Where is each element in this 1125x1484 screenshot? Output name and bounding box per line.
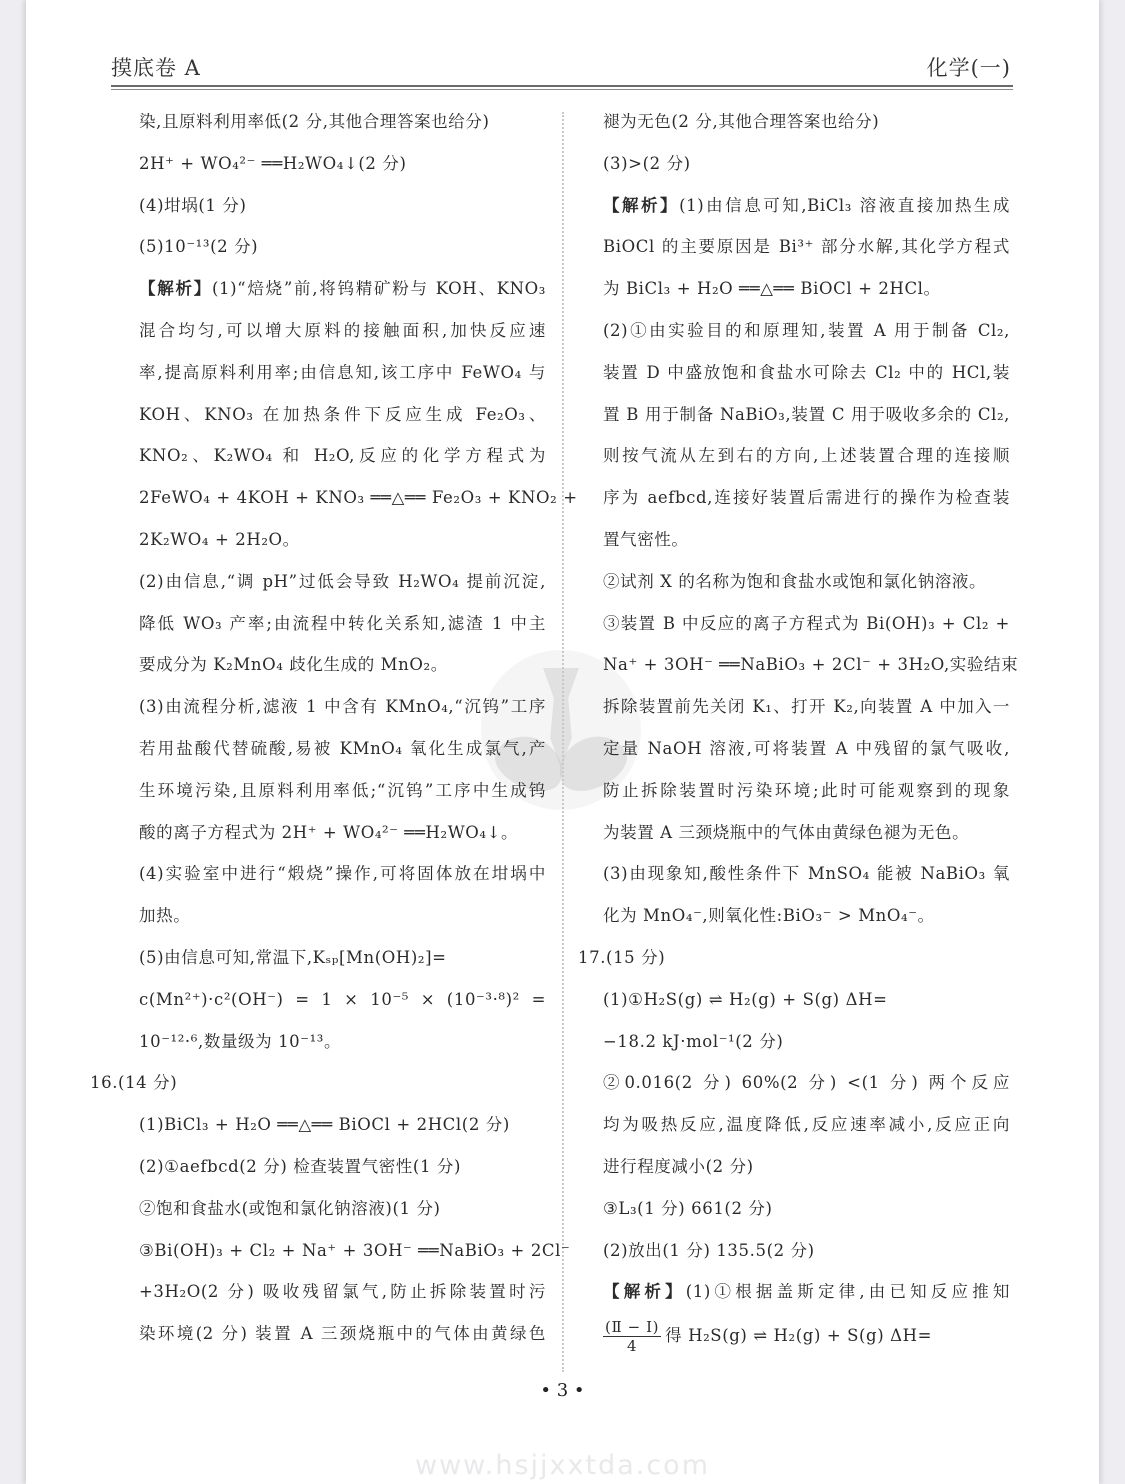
- answer-line: −18.2 kJ·mol⁻¹(2 分): [578, 1026, 1018, 1068]
- answer-line: ③L₃(1 分) 661(2 分): [578, 1193, 1018, 1235]
- question-16-heading: 16.(14 分): [90, 1067, 530, 1109]
- text-line: 装置 D 中盛放饱和食盐水可除去 Cl₂ 中的 HCl,装: [578, 357, 1010, 399]
- equation-line: 酸的离子方程式为 2H⁺ + WO₄²⁻ ══H₂WO₄↓。: [114, 817, 554, 859]
- header-exam-title: 摸底卷 A: [111, 52, 201, 82]
- equation-line: Na⁺ + 3OH⁻ ══NaBiO₃ + 2Cl⁻ + 3H₂O,实验结束: [578, 649, 1010, 691]
- question-17-heading: 17.(15 分): [578, 942, 1018, 984]
- answer-line: (2)①aefbcd(2 分) 检查装置气密性(1 分): [114, 1151, 554, 1193]
- analysis-line: 【解析】(1)由信息可知,BiCl₃ 溶液直接加热生成: [578, 190, 1010, 232]
- equation-text: 得 H₂S(g) ⇌ H₂(g) + S(g) ΔH=: [665, 1326, 932, 1345]
- answer-line: (1)BiCl₃ + H₂O ══△══ BiOCl + 2HCl(2 分): [114, 1109, 554, 1151]
- text-line: ②试剂 X 的名称为饱和食盐水或饱和氯化钠溶液。: [578, 566, 1018, 608]
- text-line: (2)①由实验目的和原理知,装置 A 用于制备 Cl₂,: [578, 315, 1010, 357]
- text-line: 化为 MnO₄⁻,则氧化性:BiO₃⁻ > MnO₄⁻。: [578, 900, 1018, 942]
- site-watermark: www.hsjjxxtda.com: [26, 1450, 1099, 1481]
- answer-line: 染环境(2 分) 装置 A 三颈烧瓶中的气体由黄绿色: [114, 1318, 546, 1360]
- text-line: 定量 NaOH 溶液,可将装置 A 中残留的氯气吸收,: [578, 733, 1010, 775]
- equation-line: (1)①H₂S(g) ⇌ H₂(g) + S(g) ΔH=: [578, 984, 1018, 1026]
- text-line: 序为 aefbcd,连接好装置后需进行的操作为检查装: [578, 482, 1010, 524]
- text-line: 褪为无色(2 分,其他合理答案也给分): [578, 106, 1018, 148]
- text-line: 置气密性。: [578, 524, 1018, 566]
- equation-line: 2H⁺ + WO₄²⁻ ══H₂WO₄↓(2 分): [114, 148, 554, 190]
- answer-line: ②饱和食盐水(或饱和氯化钠溶液)(1 分): [114, 1193, 554, 1235]
- text-line: 混合均匀,可以增大原料的接触面积,加快反应速: [114, 315, 546, 357]
- answer-line: (2)放出(1 分) 135.5(2 分): [578, 1235, 1018, 1277]
- analysis-line: 【解析】(1)“焙烧”前,将钨精矿粉与 KOH、KNO₃: [114, 273, 546, 315]
- analysis-line: 【解析】(1)①根据盖斯定律,由已知反应推知: [578, 1276, 1010, 1318]
- text-line: (3)由流程分析,滤液 1 中含有 KMnO₄,“沉钨”工序: [114, 691, 546, 733]
- fraction-numerator: (Ⅱ − Ⅰ): [603, 1318, 661, 1337]
- header-subject-title: 化学(一): [927, 52, 1011, 82]
- text-line: KOH、KNO₃ 在加热条件下反应生成 Fe₂O₃、: [114, 399, 546, 441]
- equation-line: 2K₂WO₄ + 2H₂O。: [114, 524, 554, 566]
- equation-line: c(Mn²⁺)·c²(OH⁻) = 1 × 10⁻⁵ × (10⁻³·⁸)² =: [114, 984, 546, 1026]
- equation-line: (Ⅱ − Ⅰ) 4 得 H₂S(g) ⇌ H₂(g) + S(g) ΔH=: [578, 1318, 1018, 1360]
- text-line: 染,且原料利用率低(2 分,其他合理答案也给分): [114, 106, 554, 148]
- text-line: 置 B 用于制备 NaBiO₃,装置 C 用于吸收多余的 Cl₂,: [578, 399, 1010, 441]
- right-column: 褪为无色(2 分,其他合理答案也给分) (3)>(2 分) 【解析】(1)由信息…: [578, 106, 1018, 1360]
- page-number: • 3 •: [26, 1380, 1099, 1401]
- column-divider: [562, 112, 564, 1372]
- text-line: 均为吸热反应,温度降低,反应速率减小,反应正向: [578, 1109, 1010, 1151]
- answer-line: (4)坩埚(1 分): [114, 190, 554, 232]
- text-line: KNO₂、K₂WO₄ 和 H₂O,反应的化学方程式为: [114, 440, 546, 482]
- left-column: 染,且原料利用率低(2 分,其他合理答案也给分) 2H⁺ + WO₄²⁻ ══H…: [114, 106, 554, 1360]
- analysis-label: 【解析】: [603, 196, 679, 215]
- document-page: 摸底卷 A 化学(一) 染,且原料利用率低(2 分,其他合理答案也给分) 2H⁺…: [26, 0, 1099, 1484]
- equation-line: ③Bi(OH)₃ + Cl₂ + Na⁺ + 3OH⁻ ══NaBiO₃ + 2…: [114, 1235, 554, 1277]
- header-double-rule: [111, 85, 1013, 90]
- fraction: (Ⅱ − Ⅰ) 4: [603, 1318, 661, 1355]
- answer-line: ②0.016(2 分) 60%(2 分) <(1 分) 两个反应: [578, 1067, 1010, 1109]
- text-line: 防止拆除装置时污染环境;此时可能观察到的现象: [578, 775, 1010, 817]
- text-line: 生环境污染,且原料利用率低;“沉钨”工序中生成钨: [114, 775, 546, 817]
- analysis-label: 【解析】: [603, 1282, 686, 1301]
- text-line: 若用盐酸代替硫酸,易被 KMnO₄ 氧化生成氯气,产: [114, 733, 546, 775]
- equation-line: 为 BiCl₃ + H₂O ══△══ BiOCl + 2HCl。: [578, 273, 1018, 315]
- text-line: 则按气流从左到右的方向,上述装置合理的连接顺: [578, 440, 1010, 482]
- text-line: (5)由信息可知,常温下,Kₛₚ[Mn(OH)₂]=: [114, 942, 554, 984]
- text-line: 拆除装置前先关闭 K₁、打开 K₂,向装置 A 中加入一: [578, 691, 1010, 733]
- equation-line: 2FeWO₄ + 4KOH + KNO₃ ══△══ Fe₂O₃ + KNO₂ …: [114, 482, 546, 524]
- text-line: 率,提高原料利用率;由信息知,该工序中 FeWO₄ 与: [114, 357, 546, 399]
- answer-line: (3)>(2 分): [578, 148, 1018, 190]
- fraction-denominator: 4: [603, 1337, 661, 1355]
- text-line: 要成分为 K₂MnO₄ 歧化生成的 MnO₂。: [114, 649, 554, 691]
- text-line: 10⁻¹²·⁶,数量级为 10⁻¹³。: [114, 1026, 554, 1068]
- text-line: (2)由信息,“调 pH”过低会导致 H₂WO₄ 提前沉淀,: [114, 566, 546, 608]
- text-line: 加热。: [114, 900, 554, 942]
- text-line: 进行程度减小(2 分): [578, 1151, 1018, 1193]
- answer-line: (5)10⁻¹³(2 分): [114, 231, 554, 273]
- text-line: 降低 WO₃ 产率;由流程中转化关系知,滤渣 1 中主: [114, 608, 546, 650]
- text-line: (3)由现象知,酸性条件下 MnSO₄ 能被 NaBiO₃ 氧: [578, 858, 1010, 900]
- text-line: 为装置 A 三颈烧瓶中的气体由黄绿色褪为无色。: [578, 817, 1018, 859]
- text-line: (4)实验室中进行“煅烧”操作,可将固体放在坩埚中: [114, 858, 546, 900]
- text-line: BiOCl 的主要原因是 Bi³⁺ 部分水解,其化学方程式: [578, 231, 1010, 273]
- analysis-label: 【解析】: [139, 279, 212, 298]
- answer-line: +3H₂O(2 分) 吸收残留氯气,防止拆除装置时污: [114, 1276, 546, 1318]
- text-line: ③装置 B 中反应的离子方程式为 Bi(OH)₃ + Cl₂ +: [578, 608, 1010, 650]
